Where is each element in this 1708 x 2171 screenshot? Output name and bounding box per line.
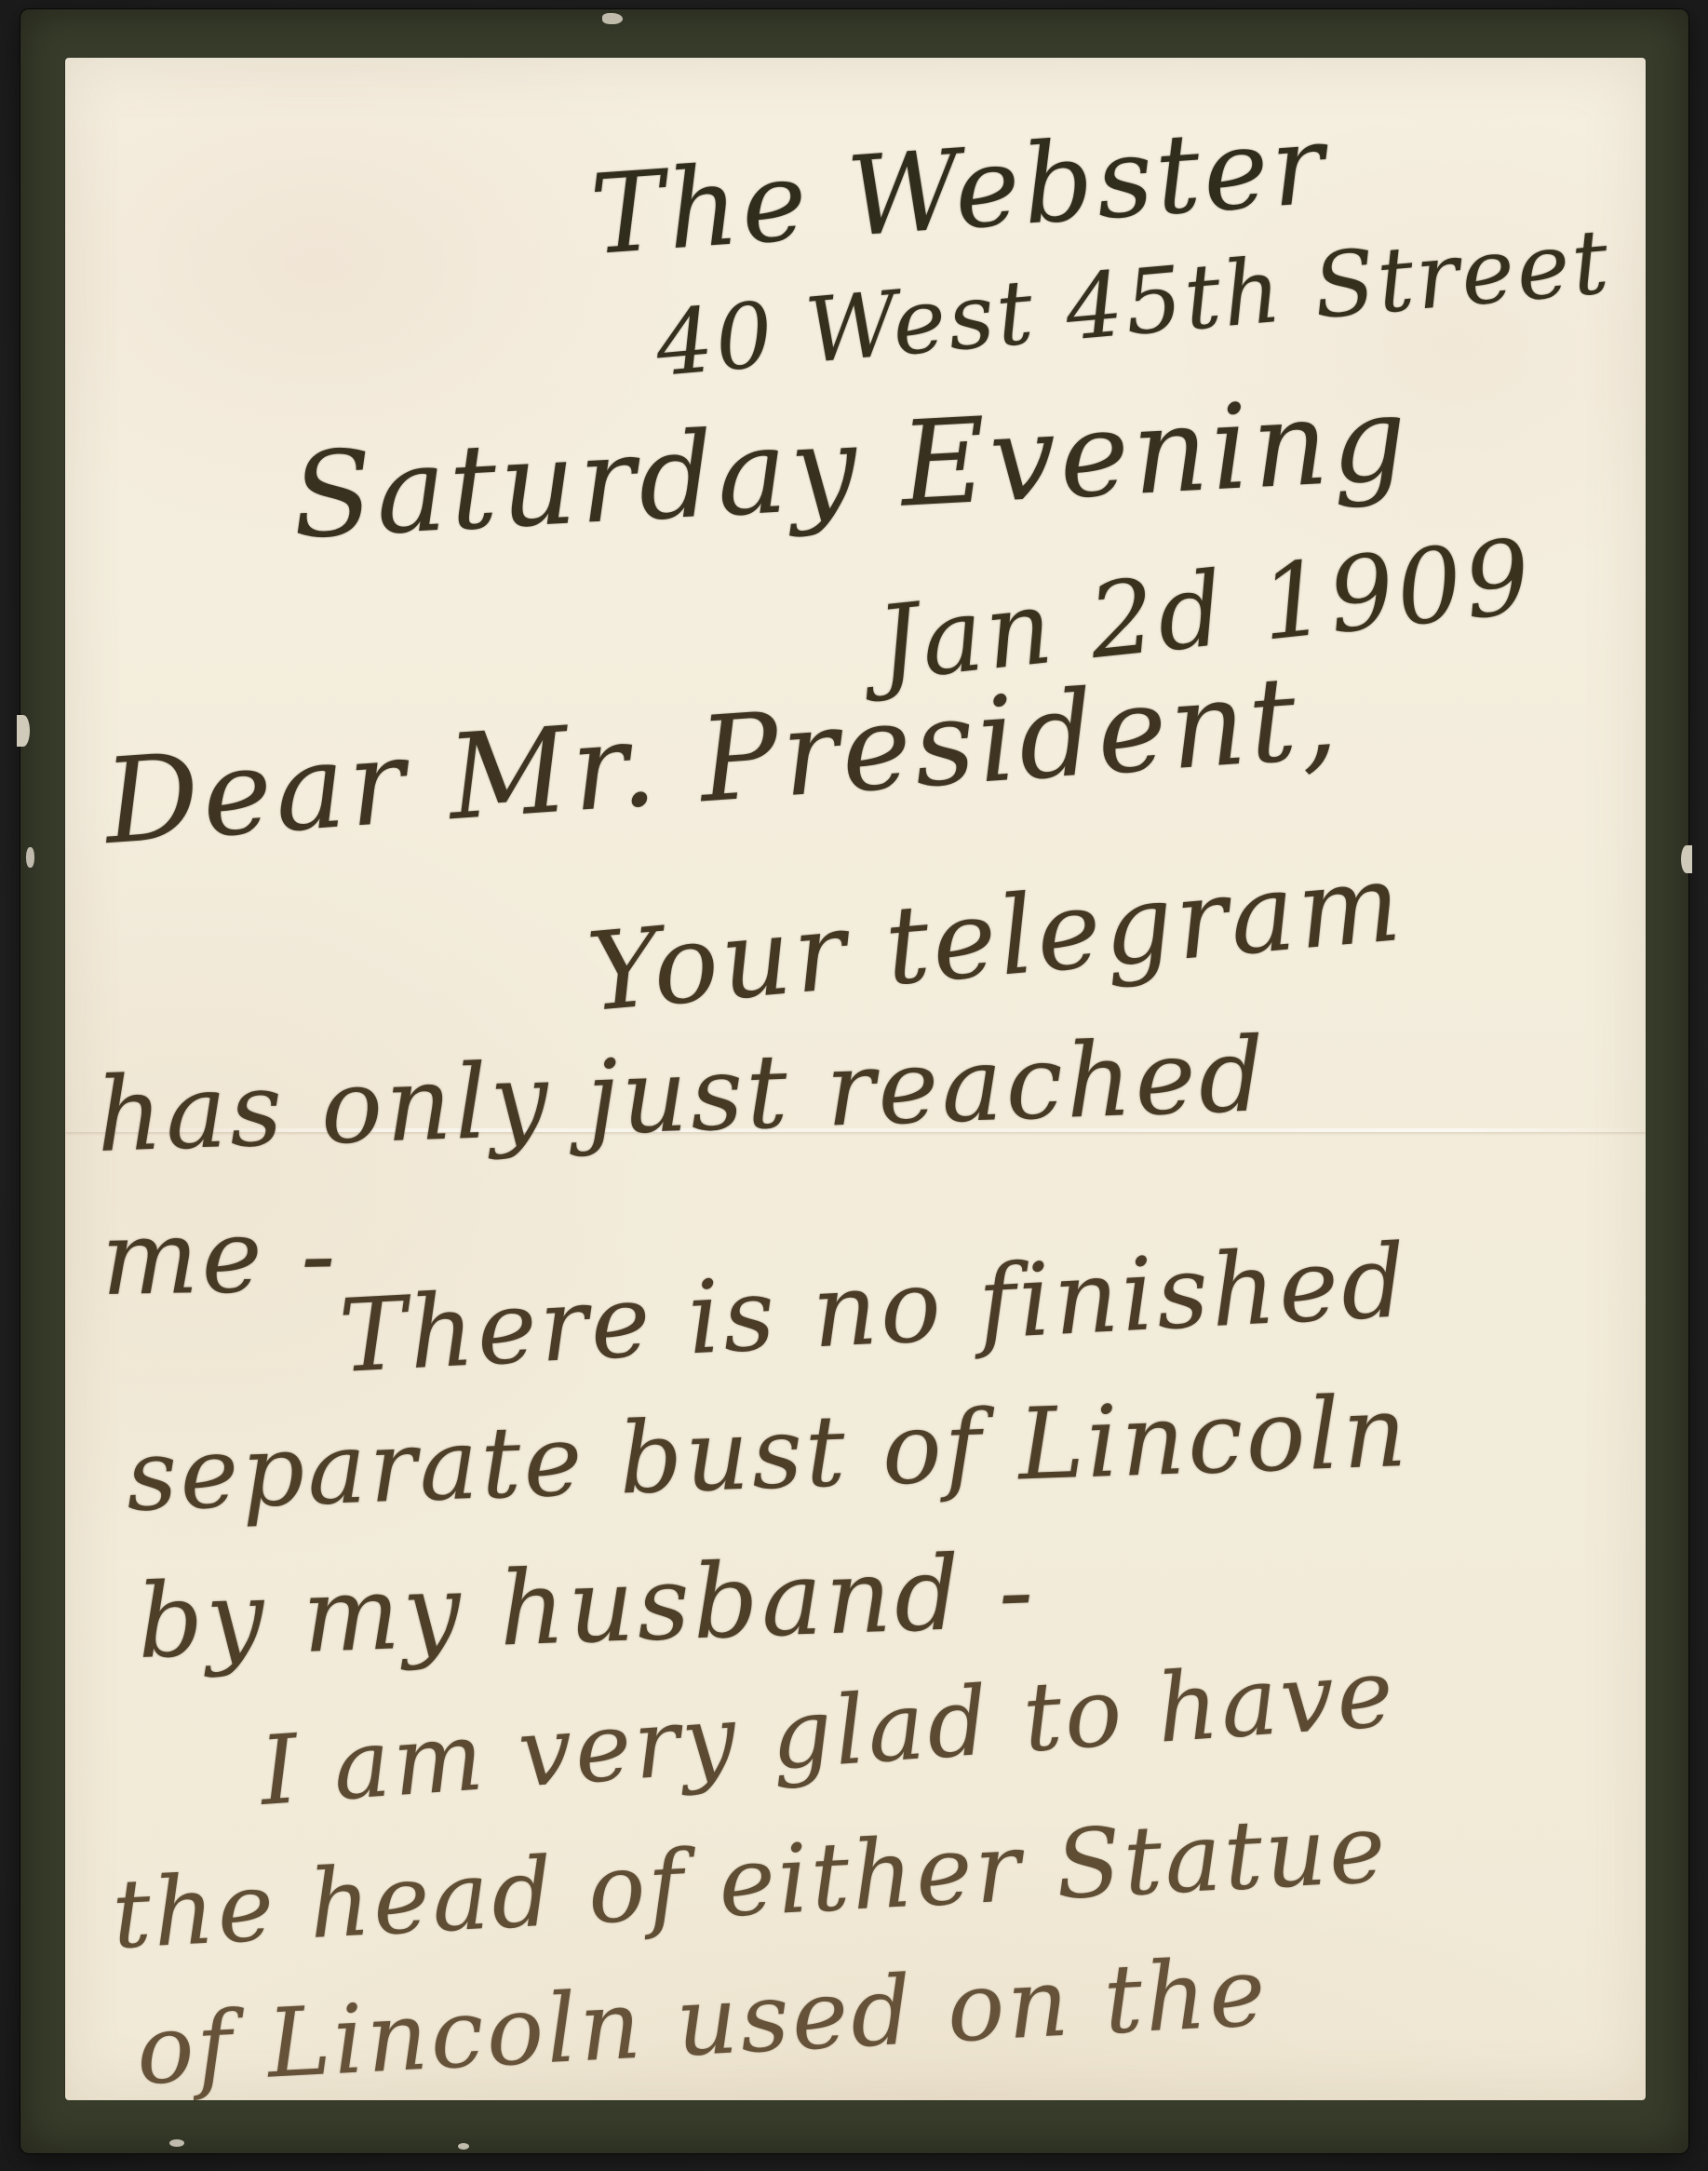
- salutation-line: Dear Mr. President,: [101, 648, 1345, 870]
- body-line: me -: [101, 1195, 340, 1318]
- body-line: of Lincoln used on the: [134, 1936, 1271, 2107]
- dateline-day: Saturday Evening: [289, 370, 1413, 565]
- body-line: separate bust of Lincoln: [125, 1374, 1411, 1533]
- wear-speck: [458, 2143, 469, 2150]
- edge-tear-left: [17, 715, 30, 747]
- body-line: Your telegram: [583, 840, 1408, 1036]
- card-mount: The Webster 40 West 45th Street Saturday…: [20, 9, 1688, 2153]
- wear-speck: [26, 847, 34, 868]
- edge-tear-right: [1681, 845, 1692, 873]
- letter-page: The Webster 40 West 45th Street Saturday…: [65, 58, 1646, 2100]
- body-line: has only just reached: [95, 1015, 1270, 1175]
- wear-speck: [169, 2139, 184, 2147]
- wear-speck: [602, 13, 623, 24]
- body-line: There is no finished: [336, 1223, 1411, 1396]
- body-line: by my husband -: [136, 1530, 1039, 1681]
